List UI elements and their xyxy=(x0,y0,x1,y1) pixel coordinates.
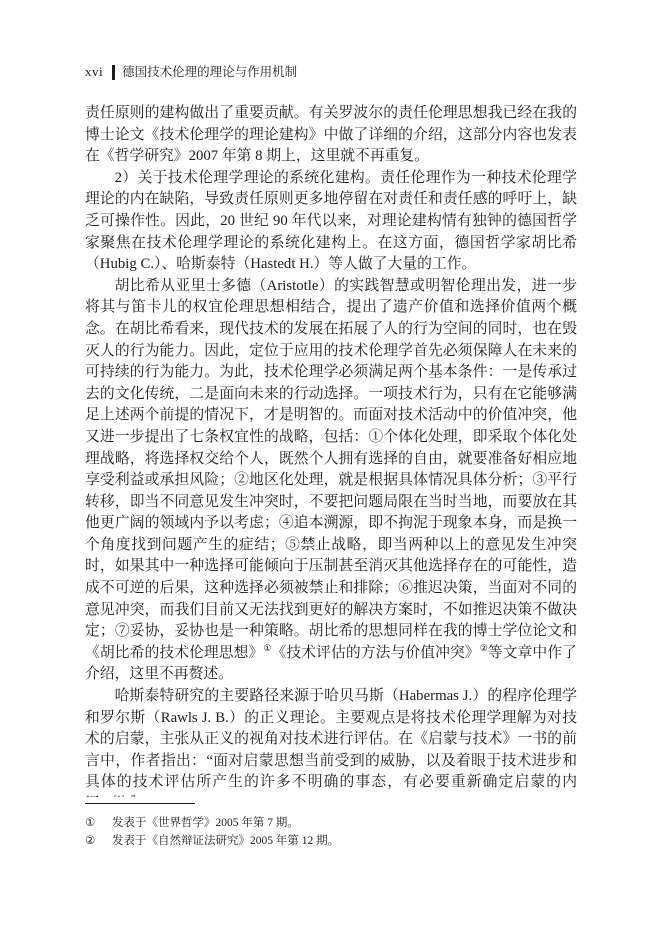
paragraph-text: 胡比希从亚里士多德（Aristotle）的实践智慧或明智伦理出发，进一步将其与笛… xyxy=(85,278,577,661)
footnote-reference: ② xyxy=(480,643,488,653)
header-divider-bar xyxy=(112,65,115,80)
footnote-text: 发表于《世界哲学》2005 年第 7 期。 xyxy=(112,814,577,832)
footnote-reference: ① xyxy=(263,643,271,653)
footnote-divider xyxy=(85,803,195,804)
running-title: 德国技术伦理的理论与作用机制 xyxy=(122,64,297,80)
paragraph: 责任原则的建构做出了重要贡献。有关罗波尔的责任伦理思想我已经在我的博士论文《技术… xyxy=(85,103,577,168)
body-text: 责任原则的建构做出了重要贡献。有关罗波尔的责任伦理思想我已经在我的博士论文《技术… xyxy=(85,103,577,816)
paragraph-text: 《技术评估的方法与价值冲突》 xyxy=(272,645,480,661)
footnote-marker: ① xyxy=(85,814,112,832)
page-header: xvi 德国技术伦理的理论与作用机制 xyxy=(85,64,297,80)
footnote: ②发表于《自然辩证法研究》2005 年第 12 期。 xyxy=(85,832,577,850)
paragraph-text: 责任原则的建构做出了重要贡献。有关罗波尔的责任伦理思想我已经在我的博士论文《技术… xyxy=(85,105,577,164)
footnote: ①发表于《世界哲学》2005 年第 7 期。 xyxy=(85,814,577,832)
footnotes-section: ①发表于《世界哲学》2005 年第 7 期。②发表于《自然辩证法研究》2005 … xyxy=(85,797,577,850)
footnote-marker: ② xyxy=(85,832,112,850)
paragraph: 胡比希从亚里士多德（Aristotle）的实践智慧或明智伦理出发，进一步将其与笛… xyxy=(85,276,577,686)
paragraph-text: 2）关于技术伦理学理论的系统化建构。责任伦理作为一种技术伦理学理论的内在缺陷，导… xyxy=(85,170,577,272)
book-page: xvi 德国技术伦理的理论与作用机制 责任原则的建构做出了重要贡献。有关罗波尔的… xyxy=(0,0,661,926)
footnote-text: 发表于《自然辩证法研究》2005 年第 12 期。 xyxy=(112,832,577,850)
paragraph-text: 哈斯泰特研究的主要路径来源于哈贝马斯（Habermas J.）的程序伦理学和罗尔… xyxy=(85,688,577,812)
paragraph: 2）关于技术伦理学理论的系统化建构。责任伦理作为一种技术伦理学理论的内在缺陷，导… xyxy=(85,168,577,276)
footnotes-list: ①发表于《世界哲学》2005 年第 7 期。②发表于《自然辩证法研究》2005 … xyxy=(85,814,577,850)
page-number: xvi xyxy=(85,64,103,80)
